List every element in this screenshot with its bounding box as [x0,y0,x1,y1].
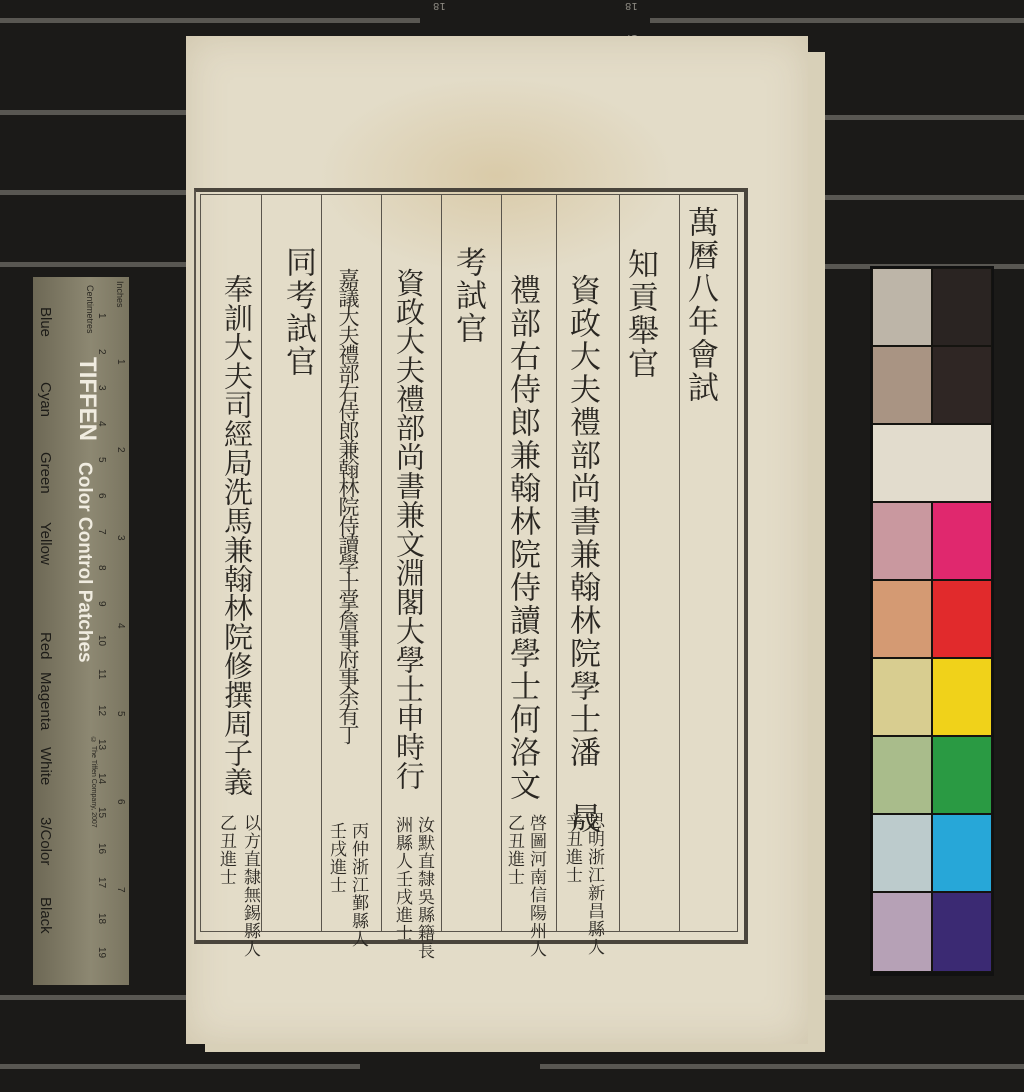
ruler-cm-mark: 5 [96,457,107,463]
ruler-inch-mark: 2 [115,447,126,453]
ruler-brand: TIFFEN [73,357,101,441]
ruler-inch-mark: 1 [115,359,126,365]
official-note: 汝默直隸吳縣籍長 [414,816,434,960]
color-patch-green [932,736,992,814]
official-note: 乙丑進士 [216,814,236,886]
color-patch [872,502,932,580]
ruler-inch-mark: 7 [115,887,126,893]
column-rule [501,195,502,931]
color-patch [932,346,992,424]
ruler-color-label: Blue [37,307,54,337]
mat-stripe [0,190,205,195]
official-entry: 資政大夫禮部尚書兼文淵閣大學士申時行 [392,268,426,790]
column-rule [441,195,442,931]
mat-stripe [825,115,1024,120]
mat-stripe [0,18,420,23]
color-patch-magenta [932,502,992,580]
official-note: 辛丑進士 [562,812,582,884]
column-rule [679,195,680,931]
ruler-cm-mark: 15 [96,807,107,818]
color-patch-red [932,580,992,658]
official-note: 以方直隸無錫縣人 [240,814,260,958]
ruler-cm-mark: 6 [96,493,107,499]
official-note: 啓圖河南信陽州人 [526,814,546,958]
mat-stripe [820,995,1024,1000]
color-patch-cyan [932,814,992,892]
color-patch [872,736,932,814]
mat-stripe [0,110,205,115]
official-entry: 奉訓大夫司經局洗馬兼翰林院修撰周子義 [220,274,254,796]
ruler-cm-mark: 18 [96,913,107,924]
document-title: 萬曆八年會試 [682,206,718,404]
column-rule [261,195,262,931]
ruler-cm-mark: 4 [96,421,107,427]
mat-number-label: 18 [433,0,446,11]
tiffen-ruler: Inches Centimetres TIFFEN Color Control … [33,277,129,985]
ruler-cm-mark: 11 [96,669,107,679]
mat-number-label: 18 [625,0,638,11]
color-patch [872,892,932,972]
ruler-cm-mark: 16 [96,843,107,854]
ruler-inch-mark: 5 [115,711,126,717]
color-patch [932,268,992,346]
ruler-cm-mark: 10 [96,635,107,646]
ruler-inch-mark: 3 [115,535,126,541]
mat-stripe [540,1064,1024,1069]
color-patch [872,268,932,346]
official-entry: 嘉議大夫禮部右侍郎兼翰林院侍讀學士掌詹事府事余有丁 [336,268,359,743]
color-patch-yellow [932,658,992,736]
official-note: 乙丑進士 [504,814,524,886]
official-note: 壬戌進士 [326,822,346,894]
ruler-cm-mark: 13 [96,739,107,750]
color-patch [872,580,932,658]
ruler-cm-mark: 2 [96,349,107,355]
official-note: 丙仲浙江鄞縣人 [348,822,368,948]
ruler-color-label: Cyan [37,382,54,417]
color-patch-blue [932,892,992,972]
mat-stripe [0,262,205,267]
mat-stripe [0,1064,360,1069]
section-heading: 知貢舉官 [622,248,658,380]
ruler-cm-mark: 19 [96,947,107,958]
ruler-product: Color Control Patches [73,462,95,663]
ruler-cm-mark: 17 [96,877,107,888]
color-patch-white [872,424,992,502]
ruler-color-label: Black [37,897,54,934]
ruler-cm-mark: 12 [96,705,107,716]
section-heading: 考試官 [450,246,486,345]
ruler-cm-mark: 7 [96,529,107,535]
color-patch [872,346,932,424]
ruler-cm-mark: 14 [96,773,107,784]
ruler-cm-mark: 1 [96,313,107,319]
ruler-cm-mark: 8 [96,565,107,571]
official-entry: 資政大夫禮部尚書兼翰林院學士潘 晟 [564,274,600,835]
column-rule [619,195,620,931]
ruler-color-label: White [37,747,54,785]
ruler-inch-mark: 6 [115,799,126,805]
ruler-color-label: Magenta [37,672,54,730]
mat-stripe [650,18,1024,23]
mat-stripe [825,195,1024,200]
official-entry: 禮部右侍郎兼翰林院侍讀學士何洛文 [504,274,540,802]
ruler-color-label: Green [37,452,54,494]
column-rule [381,195,382,931]
official-note: 思明浙江新昌縣人 [584,812,604,956]
section-heading: 同考試官 [280,246,316,378]
ruler-cm-mark: 9 [96,601,107,607]
column-rule [556,195,557,931]
ruler-color-label: Red [37,632,54,660]
mat-stripe [0,995,186,1000]
ruler-inch-mark: 4 [115,623,126,629]
document-page: 萬曆八年會試 知貢舉官 資政大夫禮部尚書兼翰林院學士潘 晟 思明浙江新昌縣人 辛… [186,36,808,1044]
color-control-chart [870,266,994,976]
official-note: 洲縣人壬戌進士 [392,816,412,942]
color-patch [872,814,932,892]
column-rule [321,195,322,931]
ruler-color-label: Yellow [37,522,54,565]
ruler-cm-mark: 3 [96,385,107,391]
color-patch [872,658,932,736]
ruler-color-label: 3/Color [37,817,54,865]
ruler-unit-inches: Inches [115,281,125,308]
ruler-unit-cm: Centimetres [85,285,95,334]
